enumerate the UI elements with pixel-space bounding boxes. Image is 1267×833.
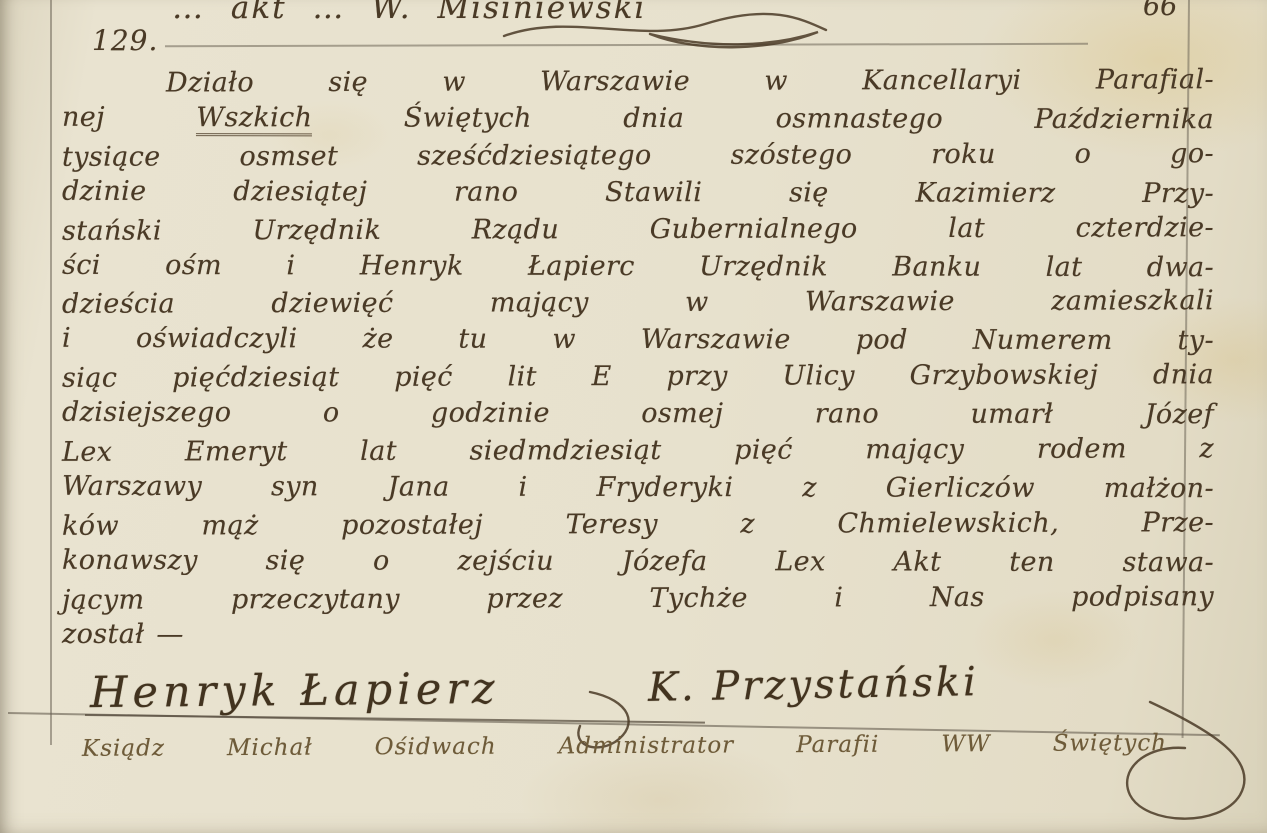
left-margin-rule — [50, 0, 52, 745]
body-line: stański Urzędnik Rządu Gubernialnego lat… — [62, 210, 1214, 251]
body-line: został — — [62, 616, 1214, 655]
signature-descender-flourish — [1090, 700, 1267, 830]
body-line-text: Świętych dnia osmnastego Października — [312, 102, 1214, 135]
body-line: jącym przeczytany przez Tychże i Nas pod… — [62, 579, 1214, 620]
body-line: nej Wszkich Świętych dnia osmnastego Paź… — [62, 100, 1214, 139]
body-line: i oświadczyli że tu w Warszawie pod Nume… — [62, 321, 1214, 360]
witness-signature: Henryk Łapierz — [90, 664, 500, 718]
body-line: siąc pięćdziesiąt pięć lit E przy Ulicy … — [62, 357, 1214, 398]
body-line: ści ośm i Henryk Łapierc Urzędnik Banku … — [62, 247, 1214, 286]
manuscript-page: … akt … W. Misiniewski 66 129. Działo si… — [0, 0, 1267, 833]
body-line: Lex Emeryt lat siedmdziesiąt pięć mający… — [62, 431, 1214, 472]
underlined-abbreviation: Wszkich — [196, 102, 312, 136]
body-line: Działo się w Warszawie w Kancellaryi Par… — [62, 62, 1214, 103]
body-line: dzinie dziesiątej rano Stawili się Kazim… — [62, 174, 1214, 213]
body-line: dzieścia dziewięć mający w Warszawie zam… — [62, 284, 1214, 325]
record-number: 129. — [92, 24, 158, 57]
page-number: 66 — [1143, 0, 1177, 22]
body-line-text: nej — [62, 102, 196, 133]
body-line: Warszawy syn Jana i Fryderyki z Gierlicz… — [62, 469, 1214, 508]
body-line: dzisiejszego o godzinie osmej rano umarł… — [62, 395, 1214, 434]
record-body: Działo się w Warszawie w Kancellaryi Par… — [62, 64, 1214, 655]
body-line: konawszy się o zejściu Józefa Lex Akt te… — [62, 543, 1214, 582]
body-line: tysiące osmset sześćdziesiątego szóstego… — [62, 136, 1214, 177]
declarant-signature: K. Przystański — [648, 659, 980, 711]
registrar-signature-flourish — [500, 6, 830, 48]
body-line: ków mąż pozostałej Teresy z Chmielewskic… — [62, 505, 1214, 546]
priest-annotation: Ksiądz Michał Ośidwach Administrator Par… — [82, 730, 1167, 762]
